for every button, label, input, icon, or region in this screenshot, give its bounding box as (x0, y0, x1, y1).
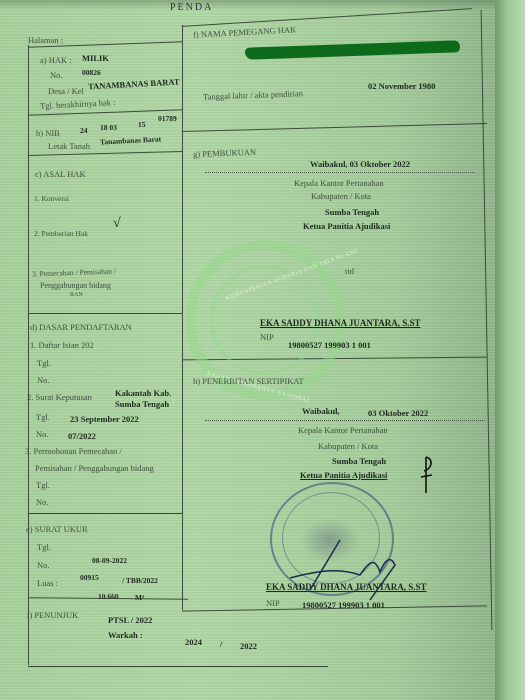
tgl-lahir-label: Tanggal lahir / akta pendirian (203, 88, 303, 101)
issuer-line1: Kakantah Kab. (115, 388, 171, 398)
warkah-year: 2022 (240, 641, 257, 651)
g-line3: Sumba Tengah (325, 207, 379, 217)
frame-middle (182, 25, 183, 610)
su-no-suffix: / TBB/2022 (122, 576, 158, 585)
luas-unit: M² (135, 593, 144, 602)
divider-b-c (28, 151, 183, 156)
hak-no-value: 00826 (82, 68, 101, 77)
letak-label: Letak Tanah (48, 141, 90, 151)
nib-part-2: 18 03 (100, 123, 117, 132)
ran-text: RAN (70, 292, 83, 298)
halaman-label: Halaman : (28, 35, 63, 45)
h-nip-label: NIP (266, 598, 280, 608)
ptsl-value: PTSL / 2022 (108, 615, 152, 625)
h-line1: Kepala Kantor Pertanahan (298, 425, 388, 435)
d2-tgl-label: Tgl. (36, 412, 50, 422)
h-date: 03 Oktober 2022 (368, 408, 428, 418)
issuer-line2: Sumba Tengah (115, 399, 169, 409)
hak-no-label: No. (50, 70, 63, 80)
pembukuan-label: g) PEMBUKUAN (193, 147, 256, 159)
su-tgl-label: Tgl. (37, 542, 51, 552)
h-line2: Kabupaten / Kota (318, 441, 378, 451)
signature-icon (280, 530, 410, 610)
book-page-edge (495, 0, 525, 700)
d3-tgl-label: Tgl. (36, 480, 50, 490)
hak-value: MILIK (82, 53, 109, 63)
g-dotted-line (205, 172, 475, 173)
d2-tgl-value: 23 September 2022 (70, 414, 139, 424)
asal-hak-label: c) ASAL HAK (35, 169, 86, 179)
d1-tgl-label: Tgl. (37, 358, 51, 368)
su-no-label: No. (37, 560, 50, 570)
permohonan-label: 3. Permohonan Pemecahan / (25, 446, 122, 456)
asal-item-pemecahan: 3. Pemecahan / Pemisahan / (32, 267, 116, 279)
frame-bottom (28, 666, 328, 667)
daftar-isian-label: 1. Daftar Isian 202 (30, 340, 94, 350)
g-line1: Kepala Kantor Pertanahan (294, 178, 384, 188)
nib-part-4: 01789 (158, 114, 177, 123)
frame-top-right (182, 8, 472, 27)
h-line4: Ketua Panitia Ajudikasi (300, 470, 387, 480)
ttd-text: ttd (345, 266, 354, 276)
frame-left (28, 45, 29, 665)
g-signer-name: EKA SADDY DHANA JUANTARA, S.ST (260, 318, 421, 328)
d1-no-label: No. (37, 375, 50, 385)
divider-d-e (28, 513, 183, 514)
certificate-page: PENDA KEMENTERIAN AGRARIA DAN TATA RUANG… (0, 0, 495, 700)
su-no-value: 00915 (80, 573, 99, 582)
letak-value: Tanambanas Barat (100, 134, 162, 146)
g-place-date: Waibakul, 03 Oktober 2022 (310, 159, 410, 169)
page-shadow (0, 0, 525, 10)
warkah-separator: / (220, 639, 222, 649)
g-nip-value: 19800527 199903 1 001 (288, 340, 371, 350)
surat-ukur-label: e) SURAT UKUR (26, 524, 88, 534)
dasar-pendaftaran-label: d) DASAR PENDAFTARAN (30, 322, 132, 332)
initial-signature-icon (418, 455, 438, 495)
su-tgl-value: 08-09-2022 (92, 556, 127, 565)
nama-pemegang-label: f) NAMA PEMEGANG HAK (193, 24, 297, 39)
warkah-number: 2024 (185, 637, 202, 647)
desa-value: TANAMBANAS BARAT (88, 77, 180, 92)
penerbitan-label: h) PENERBITAN SERTIPIKAT (193, 376, 304, 386)
divider-c-d (28, 313, 183, 314)
nib-label: b) NIB (36, 128, 60, 138)
asal-item-penggabungan: Penggabungan bidang (40, 281, 111, 290)
h-line3: Sumba Tengah (332, 456, 386, 466)
page-header: PENDA (170, 2, 213, 13)
d3-no-label: No. (36, 497, 49, 507)
asal-item-pemberian: 2. Pemberian Hak (34, 229, 88, 238)
tgl-berakhir-label: Tgl. berakhirnya hak : (40, 97, 116, 111)
nib-part-1: 24 (80, 126, 88, 135)
desa-label: Desa / Kel (48, 86, 84, 96)
hak-label: a) HAK : (40, 55, 72, 65)
g-nip-label: NIP (260, 332, 274, 342)
luas-value: 10.660 (98, 592, 119, 601)
nib-part-3: 15 (138, 120, 146, 129)
g-line4: Ketua Panitia Ajudikasi (303, 221, 390, 231)
luas-label: Luas : (37, 578, 58, 588)
h-signer-name: EKA SADDY DHANA JUANTARA, S.ST (266, 582, 427, 592)
redacted-name-block (245, 40, 460, 59)
surat-keputusan-label: 2. Surat Keputusan (27, 392, 92, 402)
divider-f-g (182, 123, 487, 132)
frame-right (481, 10, 493, 630)
d2-no-value: 07/2022 (68, 431, 96, 441)
asal-item-konversi: 1. Konversi (34, 194, 69, 203)
tgl-lahir-value: 02 November 1980 (368, 81, 435, 91)
h-nip-value: 19800527 199903 1 001 (302, 600, 385, 610)
checkmark-icon: √ (113, 216, 121, 232)
pemisahan-label: Pemisahan / Penggabungan bidang (35, 463, 154, 473)
penunjuk-label: i) PENUNJUK (27, 610, 78, 620)
h-dotted-line (205, 420, 485, 421)
warkah-label: Warkah : (108, 630, 143, 640)
h-place: Waibakul, (302, 406, 340, 416)
g-line2: Kabupaten / Kota (311, 191, 371, 201)
d2-no-label: No. (36, 429, 49, 439)
